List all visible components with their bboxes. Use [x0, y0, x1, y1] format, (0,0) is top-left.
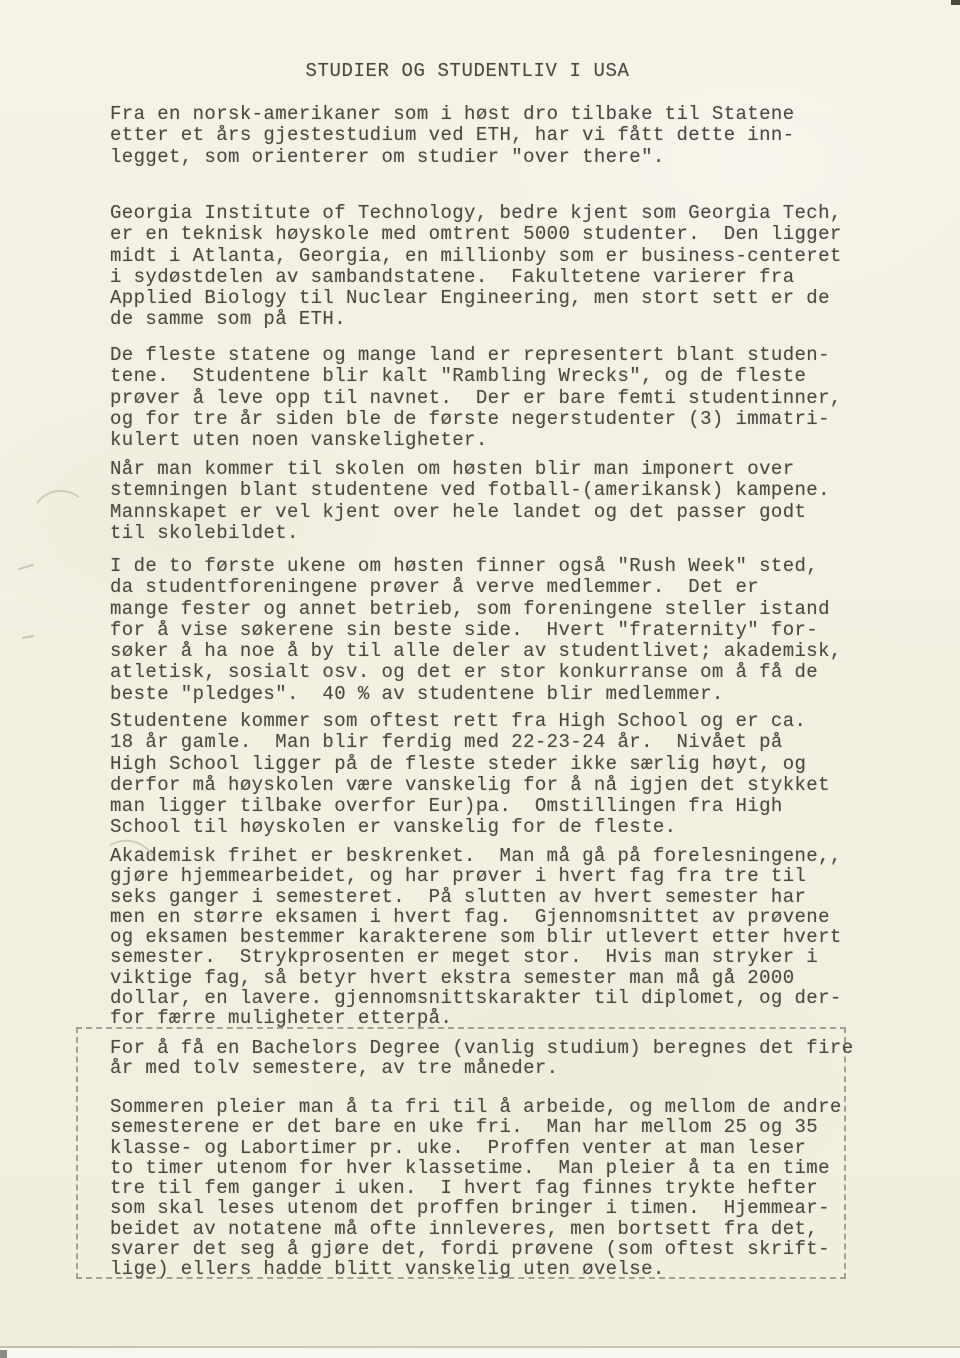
boxed-paragraph-bachelors: For å få en Bachelors Degree (vanlig stu…: [110, 1038, 854, 1079]
boxed-paragraph-summer: Sommeren pleier man å ta fri til å arbei…: [110, 1097, 842, 1280]
scanned-typewritten-page: STUDIER OG STUDENTLIV I USA Fra en norsk…: [0, 0, 960, 1358]
intro-paragraph: Fra en norsk-amerikaner som i høst dro t…: [110, 104, 795, 168]
page-title: STUDIER OG STUDENTLIV I USA: [0, 60, 935, 82]
paragraph-georgia-tech: Georgia Institute of Technology, bedre k…: [110, 203, 842, 331]
paragraph-football: Når man kommer til skolen om høsten blir…: [110, 459, 830, 544]
paragraph-high-school: Studentene kommer som oftest rett fra Hi…: [110, 711, 830, 839]
faint-margin-tick: [18, 564, 34, 571]
faint-margin-tick: [22, 635, 34, 639]
paragraph-students: De fleste statene og mange land er repre…: [110, 345, 842, 451]
scan-corner-mark: [0, 1350, 7, 1358]
faint-margin-mark: [26, 486, 92, 530]
paragraph-rush-week: I de to første ukene om høsten finner og…: [110, 556, 842, 705]
paragraph-academic-freedom: Akademisk frihet er beskrenket. Man må g…: [110, 846, 842, 1029]
scan-corner-mark: [951, 0, 960, 5]
scan-background-strip: [0, 1348, 960, 1358]
faint-margin-mark: [92, 833, 166, 888]
